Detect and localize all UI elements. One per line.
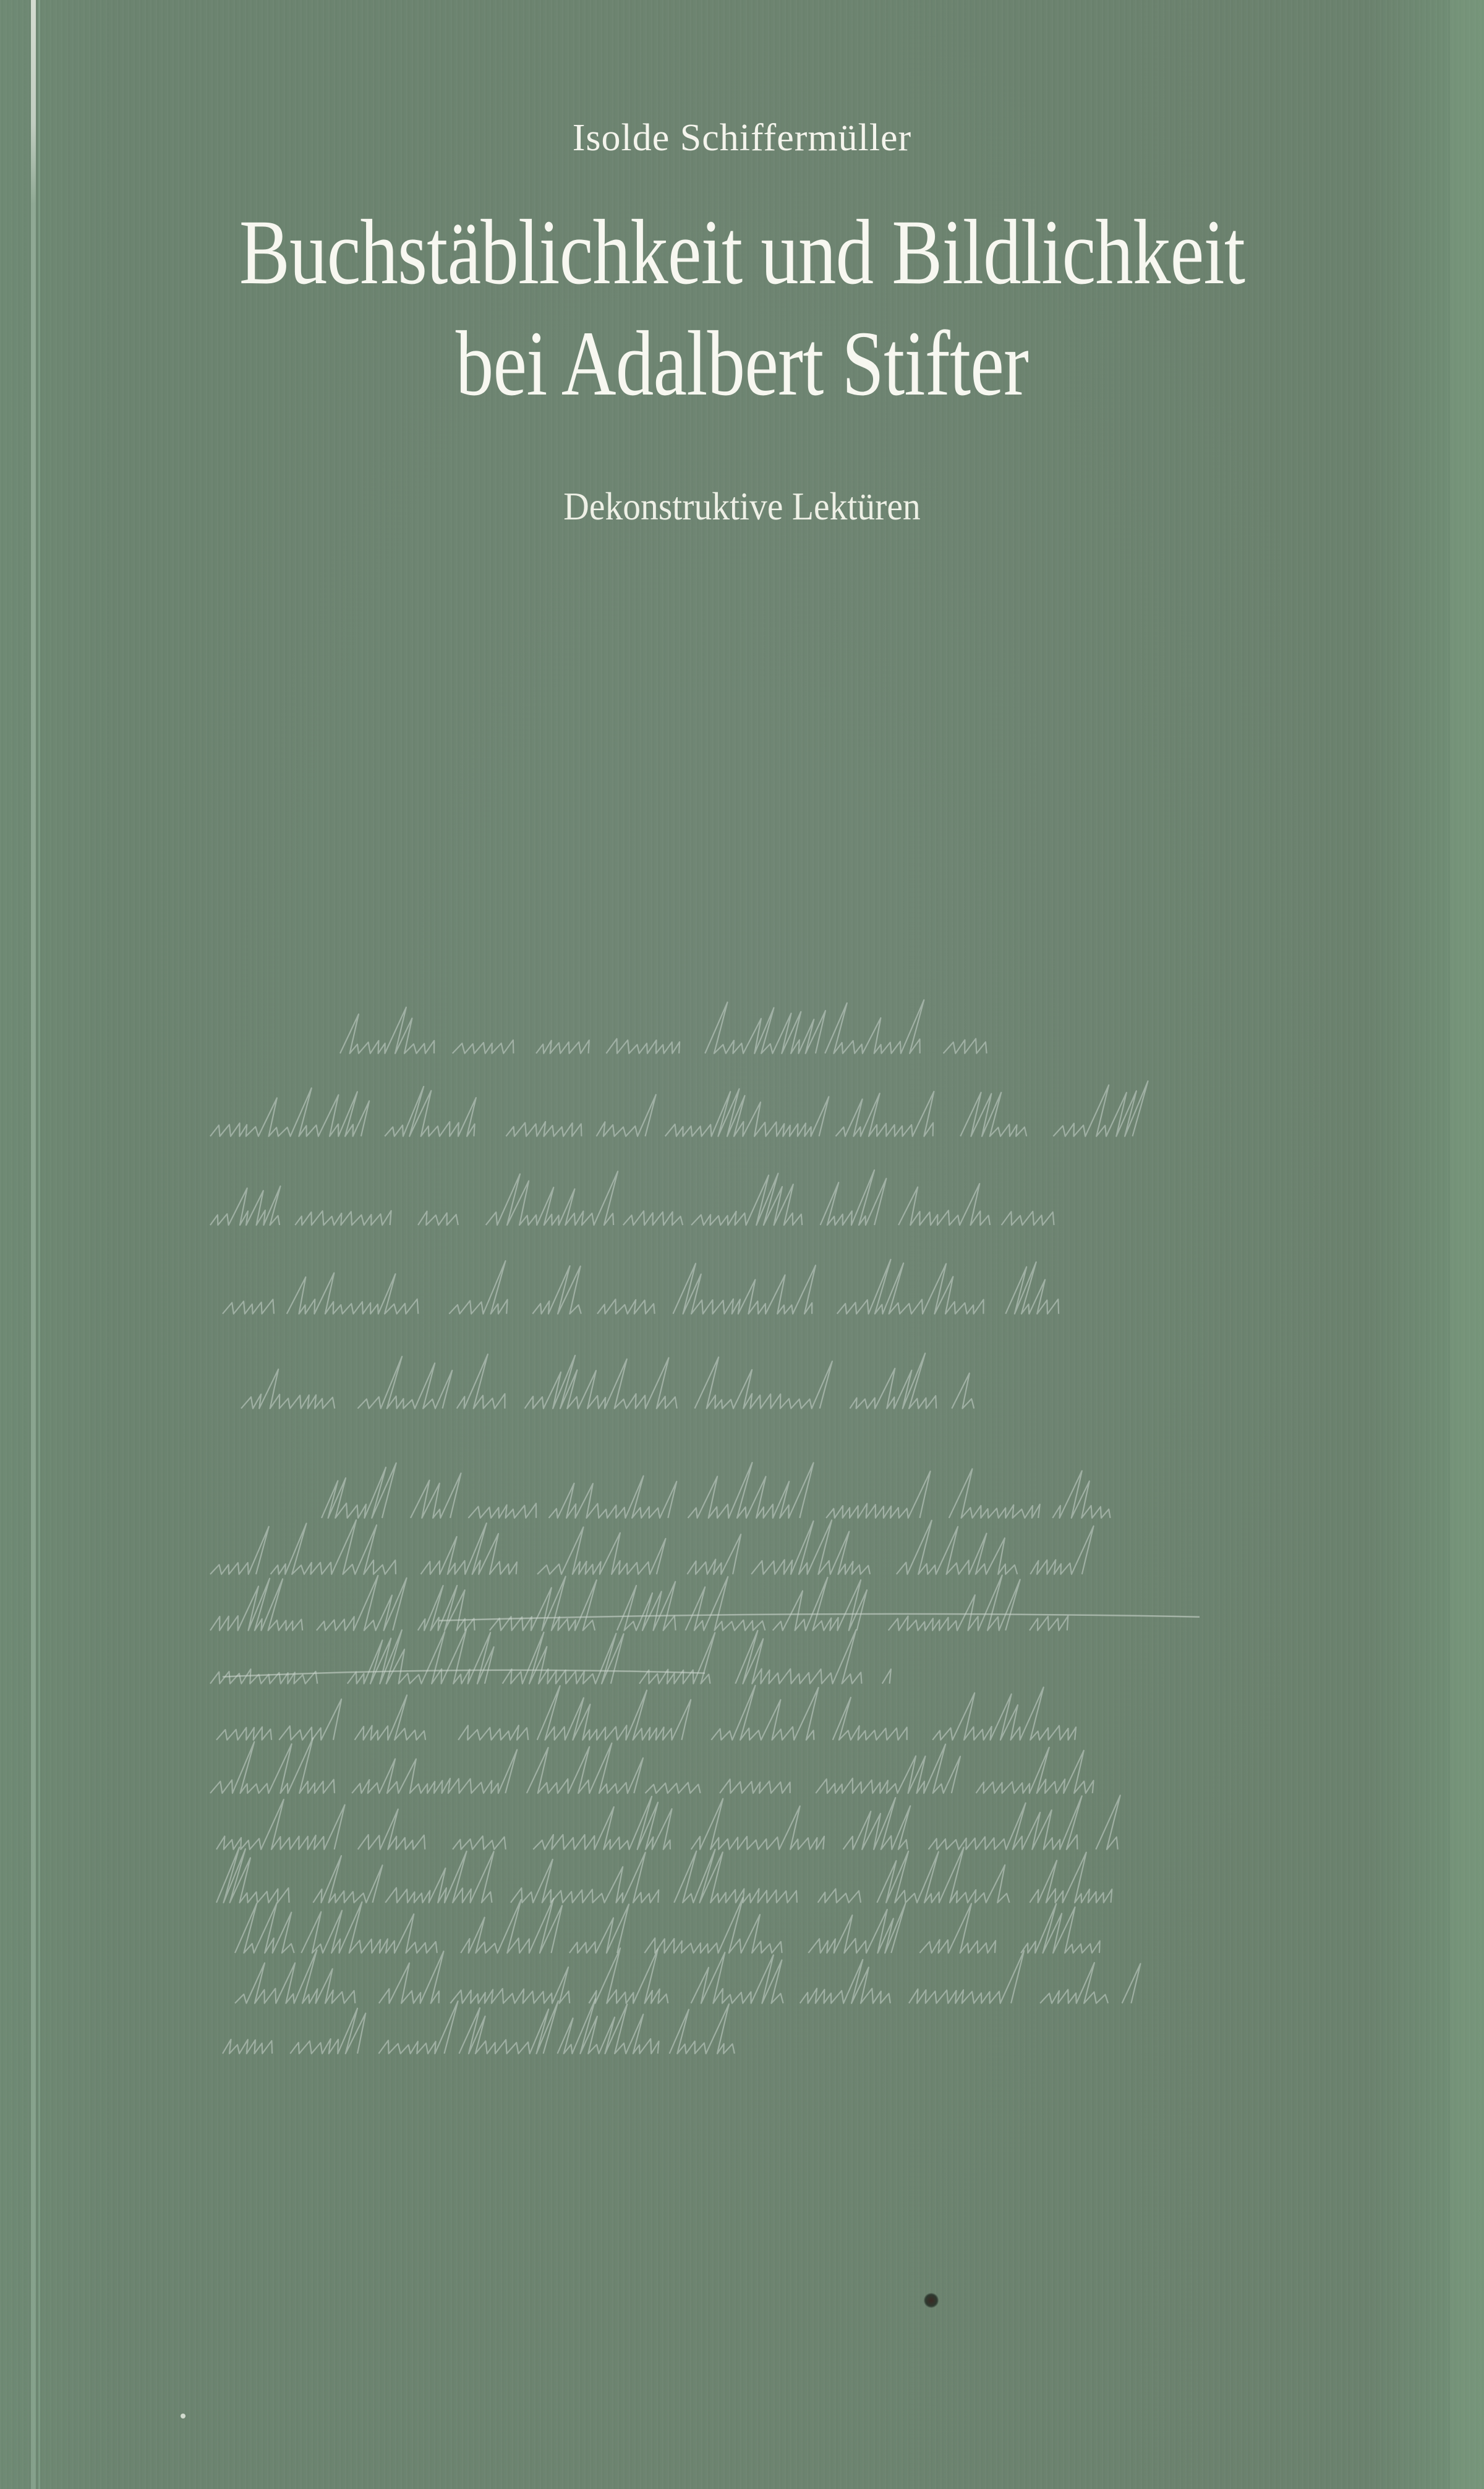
title-line-1: Buchstäblichkeit und Bildlichkeit xyxy=(134,197,1350,308)
book-cover: Isolde Schiffermüller Buchstäblichkeit u… xyxy=(0,0,1484,2489)
spine-edge-line xyxy=(31,0,36,2489)
author-name: Isolde Schiffermüller xyxy=(0,116,1484,160)
book-subtitle: Dekonstruktive Lektüren xyxy=(74,484,1410,529)
light-speck xyxy=(181,2414,185,2419)
manuscript-script-drawing xyxy=(198,965,1311,2065)
cover-right-edge xyxy=(1450,0,1484,2489)
spine-fold-line xyxy=(38,0,40,2489)
book-title: Buchstäblichkeit und Bildlichkeit bei Ad… xyxy=(134,197,1350,419)
handwritten-manuscript-image xyxy=(198,965,1311,2065)
dark-speck xyxy=(924,2293,939,2308)
title-line-2: bei Adalbert Stifter xyxy=(134,308,1350,419)
